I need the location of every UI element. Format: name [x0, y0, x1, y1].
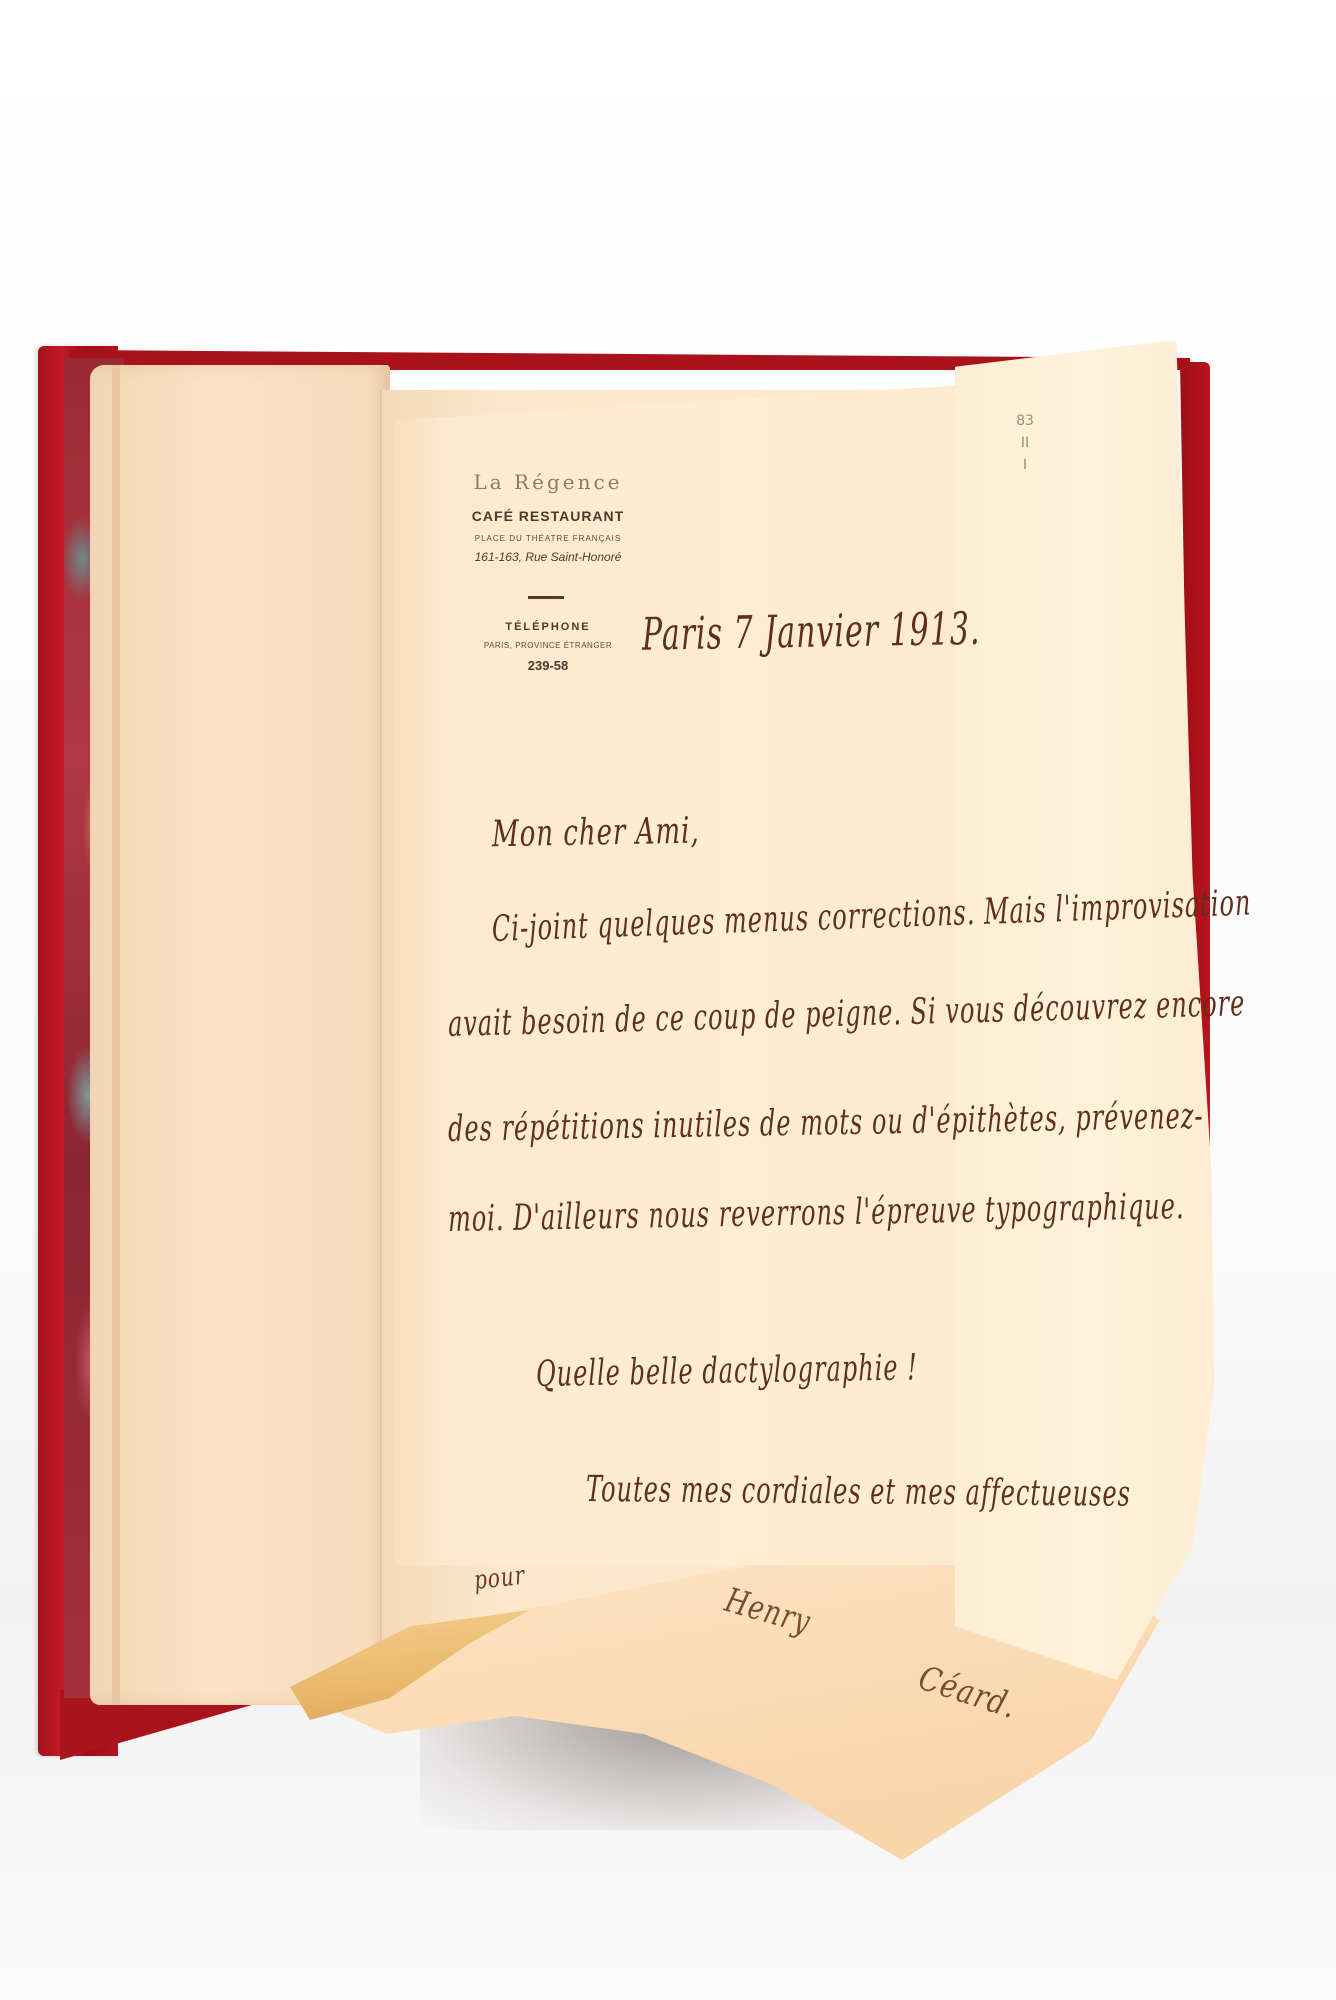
letterhead-telephone-number: 239-58 [448, 658, 648, 673]
letterhead-subtitle: CAFÉ RESTAURANT [448, 508, 648, 524]
book-left-pages [90, 365, 390, 1705]
letterhead-place: PLACE DU THÉATRE FRANÇAIS [448, 534, 648, 543]
letterhead-telephone-label: TÉLÉPHONE [448, 621, 648, 633]
letter-line: Quelle belle dactylographie ! [536, 1346, 919, 1395]
letter-salutation: Mon cher Ami, [492, 810, 700, 856]
letter-closing-prefix: pour [472, 1559, 526, 1595]
letter-line: Toutes mes cordiales et mes affectueuses [586, 1468, 1131, 1515]
letterhead-address: 161-163, Rue Saint-Honoré [448, 550, 648, 564]
letterhead-title: La Régence [448, 470, 648, 494]
letter-date: Paris 7 Janvier 1913. [642, 603, 981, 661]
letterhead-telephone-region: PARIS, PROVINCE ÉTRANGER [448, 641, 648, 650]
pencil-annotation: 83 II I [1010, 410, 1040, 476]
letterhead-divider [528, 596, 564, 599]
book-page-edge [112, 365, 120, 1705]
